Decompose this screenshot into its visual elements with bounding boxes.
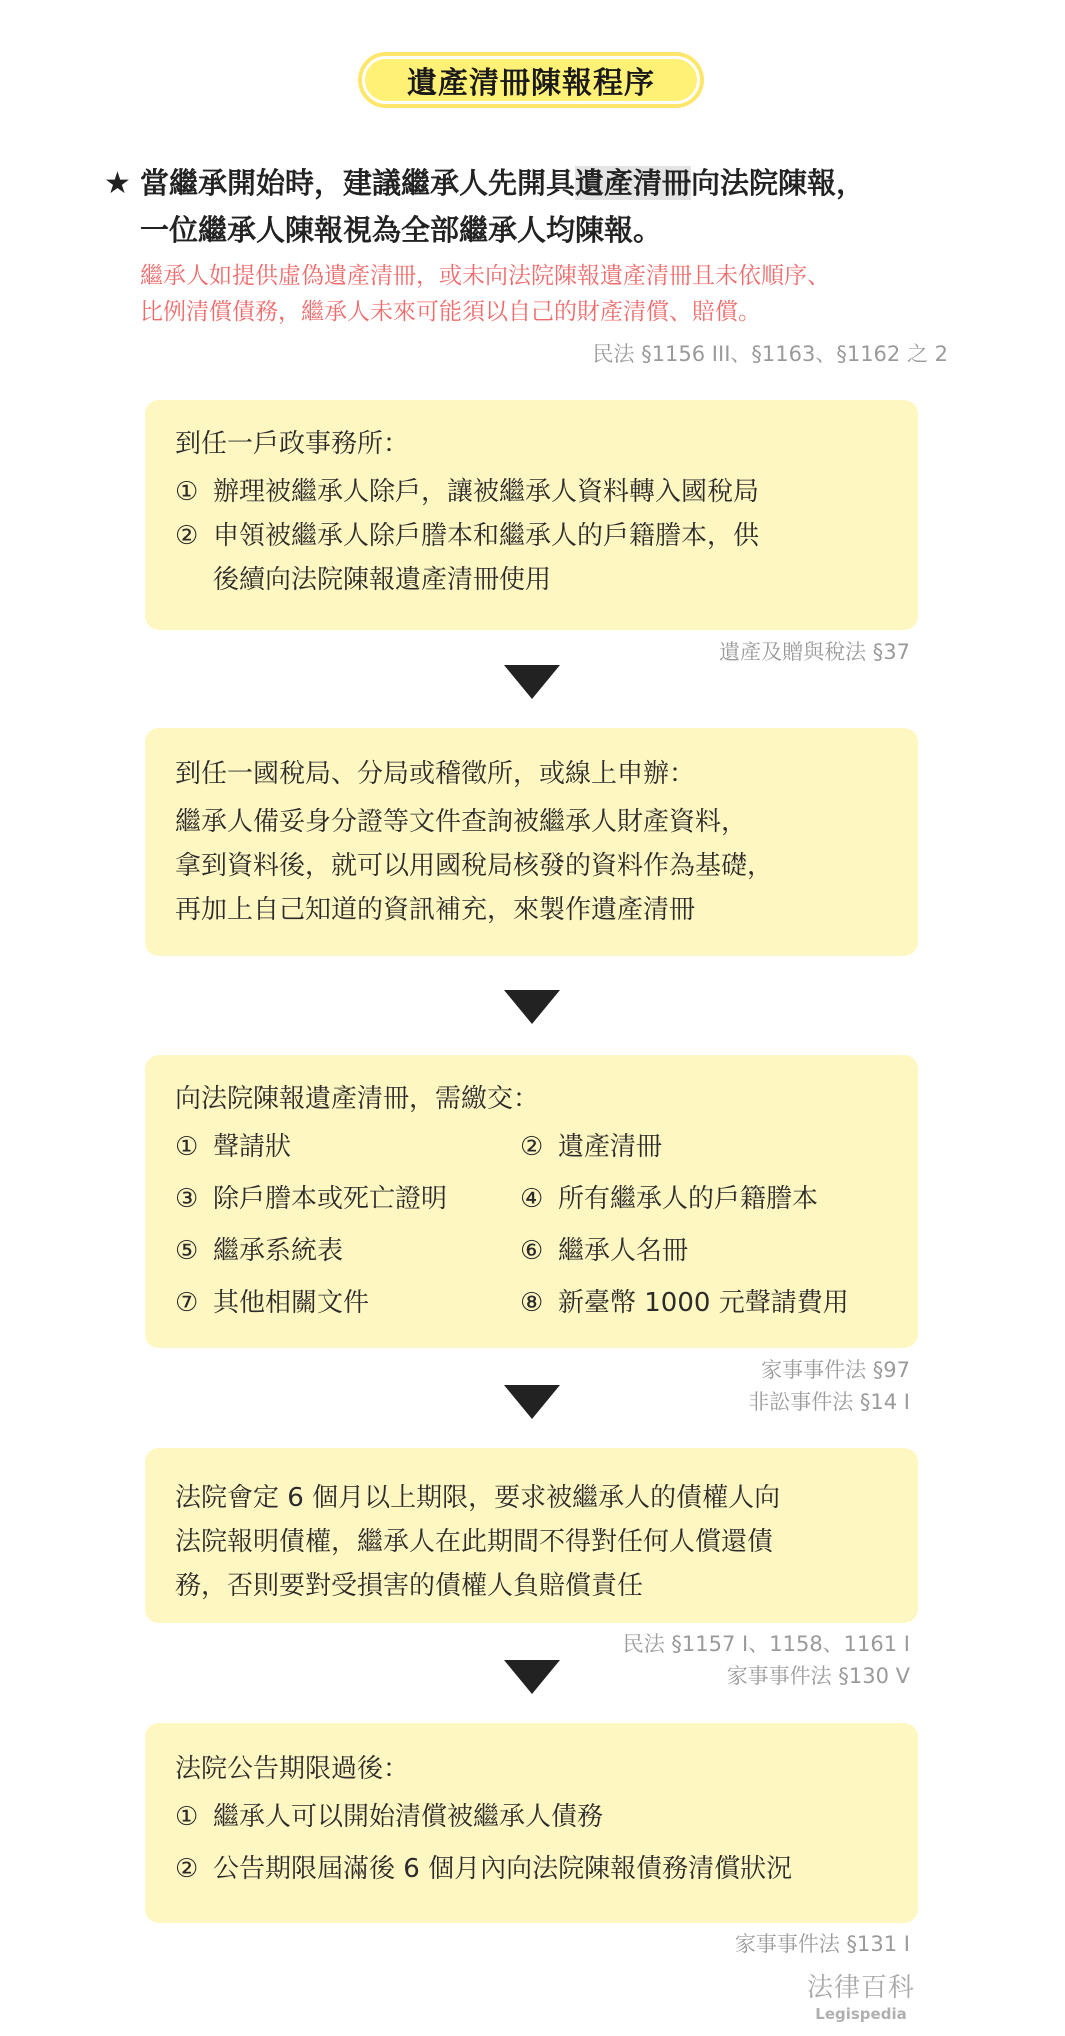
step-1-reference: 遺產及贈與稅法 §37: [500, 636, 910, 668]
list-item: ⑦其他相關文件: [175, 1281, 520, 1325]
step-4-box: 法院會定 6 個月以上期限，要求被繼承人的債權人向 法院報明債權，繼承人在此期間…: [145, 1448, 918, 1623]
highlight-term: 遺產清冊: [575, 166, 691, 200]
step-heading: 向法院陳報遺產清冊，需繳交：: [175, 1077, 888, 1121]
intro-reference: 民法 §1156 III、§1163、§1162 之 2: [400, 338, 948, 370]
warning-text: 繼承人如提供虛偽遺產清冊，或未向法院陳報遺產清冊且未依順序、 比例清償債務，繼承…: [140, 258, 1020, 330]
list-item: ③除戶謄本或死亡證明: [175, 1177, 520, 1221]
star-icon: ★: [104, 161, 140, 207]
list-item: ⑥繼承人名冊: [520, 1229, 888, 1273]
list-item: ⑧新臺幣 1000 元聲請費用: [520, 1281, 888, 1325]
step-heading: 法院公告期限過後：: [175, 1747, 888, 1791]
step-heading: 到任一戶政事務所：: [175, 422, 888, 466]
step-5-reference: 家事事件法 §131 I: [500, 1928, 910, 1960]
list-item: ①繼承人可以開始清償被繼承人債務: [175, 1795, 888, 1839]
list-item: ② 申領被繼承人除戶謄本和繼承人的戶籍謄本，供 後續向法院陳報遺產清冊使用: [175, 514, 888, 602]
down-arrow-icon: [504, 1660, 560, 1694]
list-item: ②公告期限屆滿後 6 個月內向法院陳報債務清償狀況: [175, 1847, 888, 1891]
brand-logo: 法律百科 Legispedia: [807, 1972, 915, 2024]
down-arrow-icon: [504, 1385, 560, 1419]
list-item: ①聲請狀: [175, 1125, 520, 1169]
step-3-box: 向法院陳報遺產清冊，需繳交： ①聲請狀 ②遺產清冊 ③除戶謄本或死亡證明 ④所有…: [145, 1055, 918, 1348]
list-item: ⑤繼承系統表: [175, 1229, 520, 1273]
list-item: ① 辦理被繼承人除戶，讓被繼承人資料轉入國稅局: [175, 470, 888, 514]
step-5-box: 法院公告期限過後： ①繼承人可以開始清償被繼承人債務 ②公告期限屆滿後 6 個月…: [145, 1723, 918, 1923]
intro-line-1: ★當繼承開始時，建議繼承人先開具遺產清冊向法院陳報，: [104, 160, 1004, 207]
step-3-reference: 家事事件法 §97 非訟事件法 §14 I: [500, 1354, 910, 1418]
title-badge: 遺產清冊陳報程序: [358, 52, 704, 108]
down-arrow-icon: [504, 665, 560, 699]
page-title: 遺產清冊陳報程序: [362, 56, 700, 104]
down-arrow-icon: [504, 990, 560, 1024]
step-2-box: 到任一國稅局、分局或稽徵所，或線上申辦： 繼承人備妥身分證等文件查詢被繼承人財產…: [145, 728, 918, 956]
step-heading: 到任一國稅局、分局或稽徵所，或線上申辦：: [175, 752, 888, 796]
intro-line-2: 一位繼承人陳報視為全部繼承人均陳報。: [104, 207, 1004, 253]
step-4-reference: 民法 §1157 I、1158、1161 I 家事事件法 §130 V: [500, 1628, 910, 1692]
list-item: ②遺產清冊: [520, 1125, 888, 1169]
step-1-box: 到任一戶政事務所： ① 辦理被繼承人除戶，讓被繼承人資料轉入國稅局 ② 申領被繼…: [145, 400, 918, 630]
intro-statement: ★當繼承開始時，建議繼承人先開具遺產清冊向法院陳報， 一位繼承人陳報視為全部繼承…: [104, 160, 1004, 253]
document-checklist: ①聲請狀 ②遺產清冊 ③除戶謄本或死亡證明 ④所有繼承人的戶籍謄本 ⑤繼承系統表…: [175, 1125, 888, 1325]
list-item: ④所有繼承人的戶籍謄本: [520, 1177, 888, 1221]
